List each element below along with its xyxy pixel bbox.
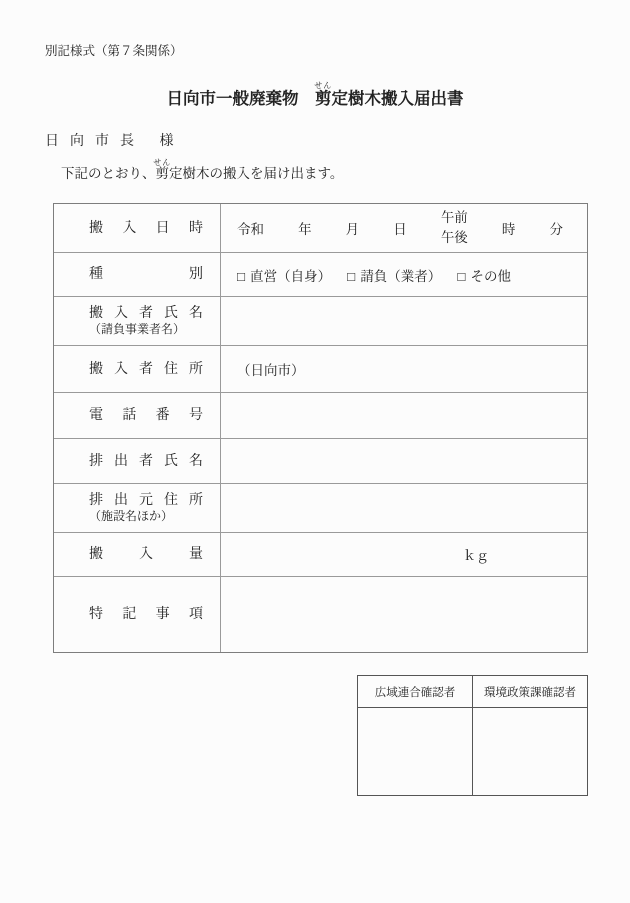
carrier-name-label-cell: 搬入者氏名 （請負事業者名） (54, 297, 221, 345)
title-furigana: せん (314, 81, 332, 90)
type-label-cell: 種別 (54, 253, 221, 296)
checkbox-option-contract: □請負（業者） (347, 265, 441, 285)
confirmers-header-row: 広域連合確認者 環境政策課確認者 (358, 676, 587, 708)
row-label: 特記事項 (89, 606, 203, 623)
month-unit: 月 (346, 218, 360, 238)
carrier-name-value-cell (221, 297, 587, 345)
table-row-carrier-name: 搬入者氏名 （請負事業者名） (54, 296, 587, 345)
discharge-address-value-cell (221, 484, 587, 532)
table-row-amount: 搬入量 ｋｇ (54, 532, 587, 576)
row-label: 搬入者住所 (89, 361, 203, 378)
table-row-phone: 電話番号 (54, 392, 587, 438)
carrier-address-label-cell: 搬入者住所 (54, 346, 221, 392)
row-sublabel: （請負事業者名） (89, 322, 203, 337)
minute-unit: 分 (549, 218, 563, 238)
datetime-label-cell: 搬入日時 (54, 204, 221, 252)
datetime-value-cell: 令和 年 月 日 午前 午後 時 分 (221, 204, 587, 252)
row-label: 種別 (89, 266, 203, 283)
intro-furigana: せん (153, 158, 171, 167)
row-label: 搬入量 (89, 546, 203, 563)
discharger-name-value-cell (221, 439, 587, 483)
confirmer-env-policy-header: 環境政策課確認者 (473, 676, 587, 707)
table-row-discharger-name: 排出者氏名 (54, 438, 587, 483)
checkbox-icon: □ (457, 269, 465, 284)
page-title: 日向市一般廃棄物 剪せん定樹木搬入届出書 (0, 81, 630, 109)
row-label: 電話番号 (89, 407, 203, 424)
discharger-name-label-cell: 排出者氏名 (54, 439, 221, 483)
confirmers-table: 広域連合確認者 環境政策課確認者 (357, 675, 588, 796)
title-ruby: 剪せん (315, 89, 332, 108)
confirmer-env-policy-cell (473, 708, 587, 795)
phone-value-cell (221, 393, 587, 438)
table-row-notes: 特記事項 (54, 576, 587, 652)
notes-label-cell: 特記事項 (54, 577, 221, 652)
main-form-table: 搬入日時 令和 年 月 日 午前 午後 時 分 種別 □直営（自身） □請 (53, 203, 588, 653)
table-row-carrier-address: 搬入者住所 （日向市） (54, 345, 587, 392)
row-sublabel: （施設名ほか） (89, 509, 203, 524)
type-value-cell: □直営（自身） □請負（業者） □その他 (221, 253, 587, 296)
checkbox-option-direct: □直営（自身） (237, 265, 331, 285)
checkbox-label: 請負（業者） (360, 269, 441, 284)
hour-unit: 時 (502, 218, 516, 238)
era-label: 令和 (237, 218, 264, 238)
row-label: 排出元住所 (89, 492, 203, 509)
day-unit: 日 (393, 218, 407, 238)
amount-label-cell: 搬入量 (54, 533, 221, 576)
year-unit: 年 (298, 218, 312, 238)
row-label: 排出者氏名 (89, 453, 203, 470)
checkbox-option-other: □その他 (457, 265, 511, 285)
notes-value-cell (221, 577, 587, 652)
discharge-address-label-cell: 排出元住所 （施設名ほか） (54, 484, 221, 532)
confirmer-union-header: 広域連合確認者 (358, 676, 473, 707)
cell-value: （日向市） (237, 359, 305, 379)
table-row-datetime: 搬入日時 令和 年 月 日 午前 午後 時 分 (54, 204, 587, 252)
checkbox-icon: □ (347, 269, 355, 284)
checkbox-label: その他 (470, 269, 511, 284)
checkbox-icon: □ (237, 269, 245, 284)
intro-ruby: 剪せん (156, 166, 170, 181)
ampm-block: 午前 午後 (441, 208, 468, 248)
checkbox-label: 直営（自身） (250, 269, 331, 284)
phone-label-cell: 電話番号 (54, 393, 221, 438)
am-label: 午前 (441, 208, 468, 228)
amount-value-cell: ｋｇ (221, 533, 587, 576)
addressee-line: 日向市長 様 (45, 133, 185, 150)
form-note: 別記様式（第７条関係） (45, 44, 183, 59)
row-label: 搬入日時 (89, 220, 203, 237)
title-suffix: 定樹木搬入届出書 (332, 89, 464, 108)
table-row-discharge-address: 排出元住所 （施設名ほか） (54, 483, 587, 532)
row-label: 搬入者氏名 (89, 305, 203, 322)
pm-label: 午後 (441, 228, 468, 248)
document-page: 別記様式（第７条関係） 日向市一般廃棄物 剪せん定樹木搬入届出書 日向市長 様 … (0, 0, 630, 903)
table-row-type: 種別 □直営（自身） □請負（業者） □その他 (54, 252, 587, 296)
confirmer-union-cell (358, 708, 473, 795)
carrier-address-value-cell: （日向市） (221, 346, 587, 392)
title-prefix: 日向市一般廃棄物 (167, 89, 316, 108)
intro-sentence: 下記のとおり、剪せん定樹木の搬入を届け出ます。 (61, 158, 343, 182)
intro-suffix: 定樹木の搬入を届け出ます。 (169, 166, 343, 181)
unit-kg: ｋｇ (463, 545, 489, 564)
confirmers-body-row (358, 708, 587, 795)
intro-prefix: 下記のとおり、 (61, 166, 156, 181)
